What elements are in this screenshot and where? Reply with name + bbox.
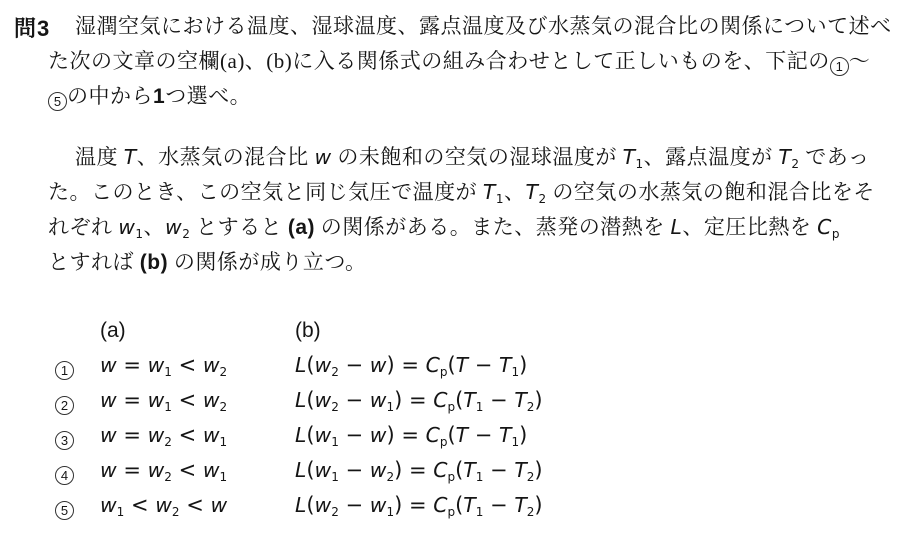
passage-line-3: れぞれ w1、w2 とすると (a) の関係がある。また、蒸発の潜熱を L、定圧… [48, 210, 910, 245]
question-passage: 温度 T、水蒸気の混合比 w の未飽和の空気の湿球温度が T1、露点温度が T2… [48, 140, 910, 280]
option-4-relation-b: L(w1 − w2) = Cp(T1 − T2) [295, 453, 543, 488]
circled-number-inline: 5 [48, 92, 67, 111]
column-header-a: (a) [100, 313, 295, 348]
option-4-relation-a: w = w2 < w1 [100, 453, 295, 488]
exam-question-page: { "page": { "background": "#ffffff", "te… [0, 0, 915, 547]
prompt-line-1: 湿潤空気における温度、湿球温度、露点温度及び水蒸気の混合比の関係について述べ [48, 9, 910, 44]
passage-line-2: た。このとき、この空気と同じ気圧で温度が T1、T2 の空気の水蒸気の飽和混合比… [48, 175, 910, 210]
option-2-relation-b: L(w2 − w1) = Cp(T1 − T2) [295, 383, 543, 418]
column-header-b: (b) [295, 313, 543, 348]
prompt-line-2: た次の文章の空欄(a)、(b)に入る関係式の組み合わせとして正しいものを、下記の… [48, 44, 910, 79]
option-1-relation-b: L(w2 − w) = Cp(T − T1) [295, 348, 543, 383]
option-1-marker: 1 [55, 348, 100, 383]
question-number: 問3 [14, 12, 50, 43]
circled-number-2: 2 [55, 396, 74, 415]
option-4-marker: 4 [55, 453, 100, 488]
option-5-relation-b: L(w2 − w1) = Cp(T1 − T2) [295, 488, 543, 523]
circled-number-1: 1 [55, 361, 74, 380]
option-5-marker: 5 [55, 488, 100, 523]
circled-number-3: 3 [55, 431, 74, 450]
passage-line-4: とすれば (b) の関係が成り立つ。 [48, 245, 910, 280]
option-5-relation-a: w1 < w2 < w [100, 488, 295, 523]
passage-line-1: 温度 T、水蒸気の混合比 w の未飽和の空気の湿球温度が T1、露点温度が T2… [48, 140, 910, 175]
circled-number-inline: 1 [830, 57, 849, 76]
prompt-line-3: 5の中から1つ選べ。 [48, 79, 910, 114]
option-3-relation-a: w = w2 < w1 [100, 418, 295, 453]
option-3-marker: 3 [55, 418, 100, 453]
options-table: (a) (b) 1 w = w1 < w2 L(w2 − w) = Cp(T −… [55, 313, 543, 523]
circled-number-4: 4 [55, 466, 74, 485]
question-prompt: 湿潤空気における温度、湿球温度、露点温度及び水蒸気の混合比の関係について述べ た… [48, 9, 910, 114]
option-2-marker: 2 [55, 383, 100, 418]
option-3-relation-b: L(w1 − w) = Cp(T − T1) [295, 418, 543, 453]
option-1-relation-a: w = w1 < w2 [100, 348, 295, 383]
circled-number-5: 5 [55, 501, 74, 520]
option-2-relation-a: w = w1 < w2 [100, 383, 295, 418]
